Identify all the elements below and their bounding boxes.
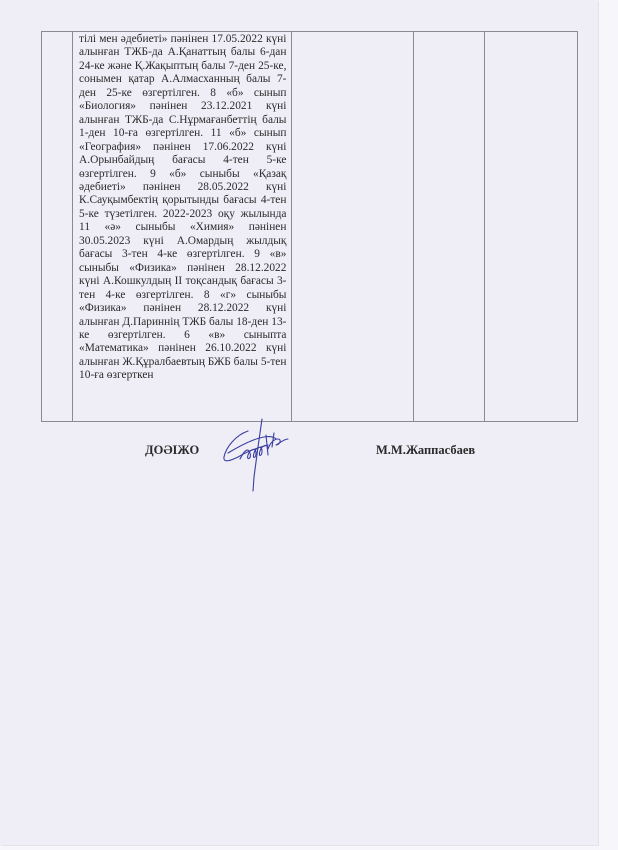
cell-text: [42, 32, 72, 33]
table-row: тілі мен әдебиеті» пәнінен 17.05.2022 кү…: [42, 32, 578, 422]
cell-text: [414, 32, 484, 33]
signer-position: ДОӘІЖО: [145, 443, 199, 458]
document-page: тілі мен әдебиеті» пәнінен 17.05.2022 кү…: [0, 0, 598, 845]
cell-text-description: тілі мен әдебиеті» пәнінен 17.05.2022 кү…: [73, 32, 291, 383]
report-table: тілі мен әдебиеті» пәнінен 17.05.2022 кү…: [41, 31, 578, 422]
cell-text: [485, 32, 577, 33]
table-cell-description: тілі мен әдебиеті» пәнінен 17.05.2022 кү…: [73, 32, 292, 422]
table-cell-number: [42, 32, 73, 422]
table-cell-5: [484, 32, 577, 422]
cell-text: [292, 32, 412, 33]
table-cell-3: [292, 32, 413, 422]
signer-name: М.М.Жаппасбаев: [376, 443, 475, 458]
handwritten-signature-icon: [218, 417, 298, 493]
signature-block: ДОӘІЖО М.М.Жаппасбаев: [0, 425, 598, 505]
table-cell-4: [413, 32, 484, 422]
